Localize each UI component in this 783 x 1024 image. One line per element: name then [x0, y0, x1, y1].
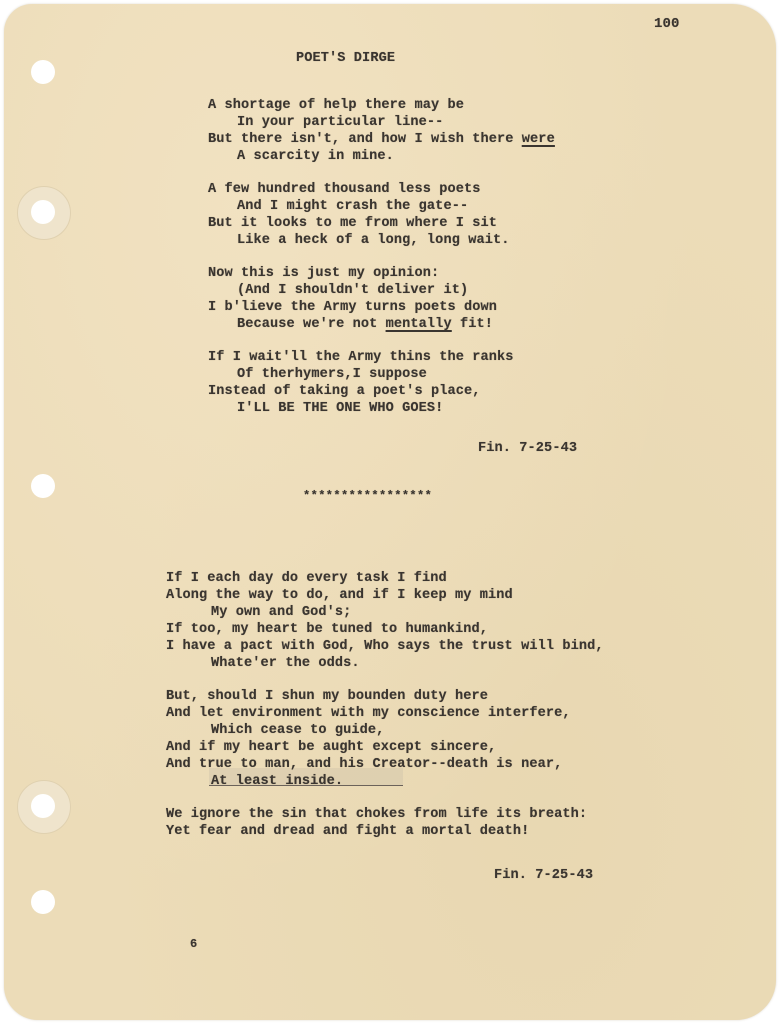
poem-line: Yet fear and dread and fight a mortal de… [166, 823, 604, 840]
poem-line: A shortage of help there may be [208, 97, 555, 114]
poem-line: Like a heck of a long, long wait. [208, 232, 555, 249]
stanza-gap [166, 672, 604, 688]
poem-line: I'LL BE THE ONE WHO GOES! [208, 400, 555, 417]
poem-1-body: A shortage of help there may beIn your p… [208, 97, 555, 417]
poem-line: Because we're not mentally fit! [208, 316, 555, 333]
underlined-word: mentally [386, 317, 452, 332]
poem-line: Now this is just my opinion: [208, 265, 555, 282]
poem-line: A few hundred thousand less poets [208, 181, 555, 198]
stanza-gap [208, 249, 555, 265]
stanza-gap [208, 333, 555, 349]
poem-line: A scarcity in mine. [208, 148, 555, 165]
poem-line: And I might crash the gate-- [208, 198, 555, 215]
binder-hole [31, 794, 55, 818]
poem-line: Instead of taking a poet's place, [208, 383, 555, 400]
poem-line: But it looks to me from where I sit [208, 215, 555, 232]
page-number: 100 [654, 16, 680, 33]
poem-line: In your particular line-- [208, 114, 555, 131]
poem-line: If I each day do every task I find [166, 570, 604, 587]
poem-1-signature: Fin. 7-25-43 [478, 440, 577, 457]
poem-line: If I wait'll the Army thins the ranks [208, 349, 555, 366]
poem-2-signature: Fin. 7-25-43 [494, 867, 593, 884]
poem-title: POET'S DIRGE [296, 50, 395, 67]
poem-line: And let environment with my conscience i… [166, 705, 604, 722]
underlined-word: were [522, 132, 555, 147]
binder-hole [31, 474, 55, 498]
poem-line: Which cease to guide, [166, 722, 604, 739]
poem-line: At least inside. [166, 773, 604, 790]
typewritten-page: 100 POET'S DIRGE A shortage of help ther… [4, 4, 776, 1020]
footer-page-number: 6 [190, 936, 197, 953]
binder-hole [31, 200, 55, 224]
stanza-gap [166, 790, 604, 806]
binder-hole [31, 60, 55, 84]
poem-line: We ignore the sin that chokes from life … [166, 806, 604, 823]
poem-line: (And I shouldn't deliver it) [208, 282, 555, 299]
poem-line: Along the way to do, and if I keep my mi… [166, 587, 604, 604]
binder-hole [31, 890, 55, 914]
poem-line: If too, my heart be tuned to humankind, [166, 621, 604, 638]
poem-line: I b'lieve the Army turns poets down [208, 299, 555, 316]
poem-line: But, should I shun my bounden duty here [166, 688, 604, 705]
poem-line: Of therhymers,I suppose [208, 366, 555, 383]
section-separator: ***************** [303, 488, 432, 505]
stanza-gap [208, 165, 555, 181]
poem-line: Whate'er the odds. [166, 655, 604, 672]
poem-line: But there isn't, and how I wish there we… [208, 131, 555, 148]
poem-line: And true to man, and his Creator--death … [166, 756, 604, 773]
poem-line: My own and God's; [166, 604, 604, 621]
poem-line: And if my heart be aught except sincere, [166, 739, 604, 756]
poem-2-body: If I each day do every task I findAlong … [166, 570, 604, 840]
poem-line: I have a pact with God, Who says the tru… [166, 638, 604, 655]
